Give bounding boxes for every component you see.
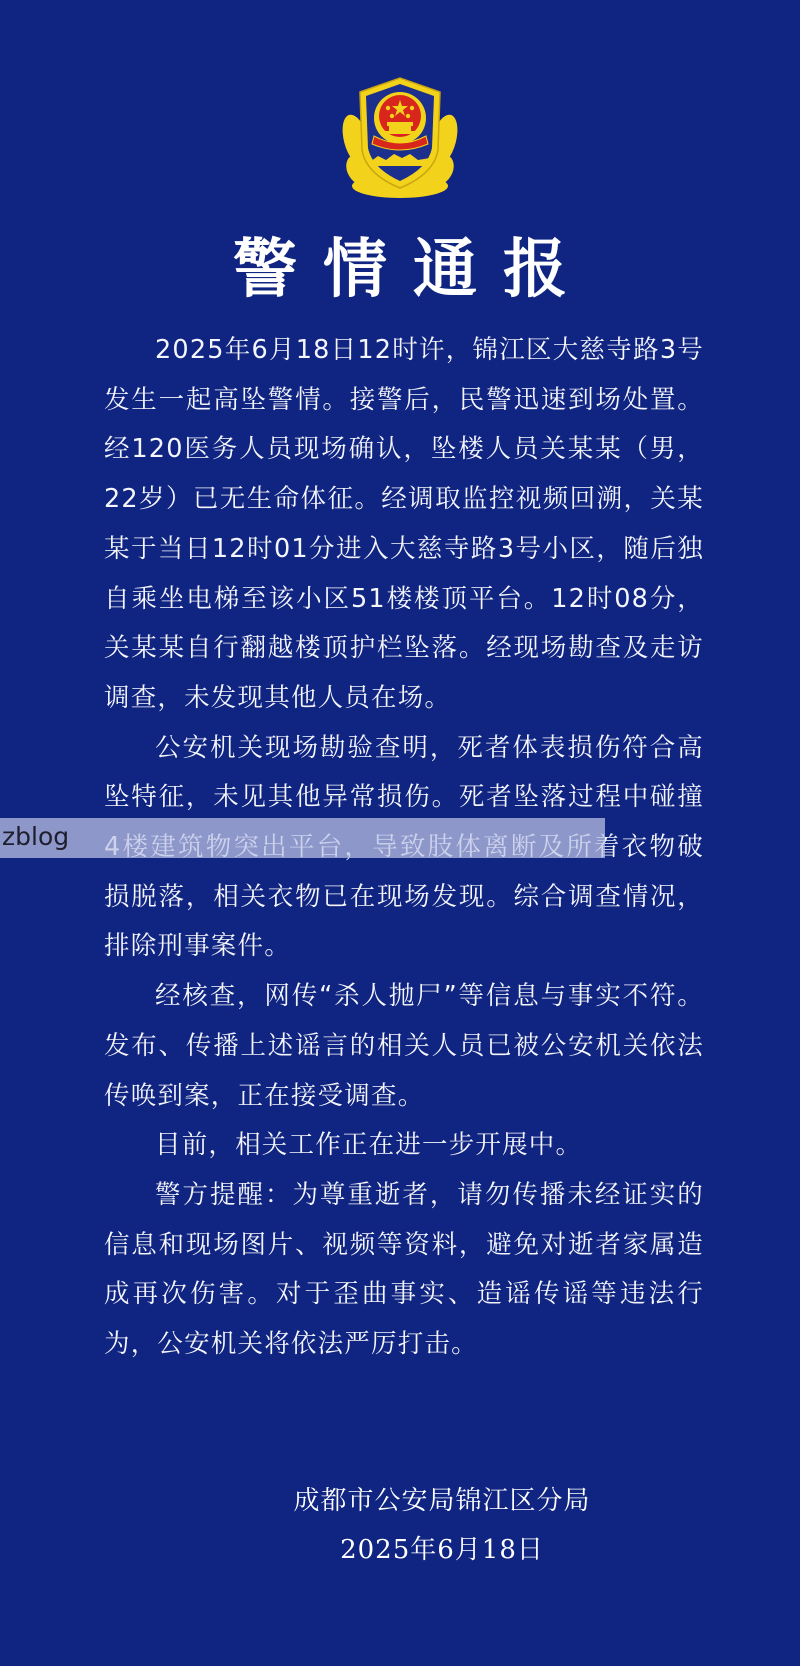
police-emblem-icon <box>338 70 462 200</box>
paragraph-status: 目前，相关工作正在进一步开展中。 <box>104 1121 704 1171</box>
paragraph-rumor: 经核查，网传“杀人抛尸”等信息与事实不符。发布、传播上述谣言的相关人员已被公安机… <box>104 972 704 1121</box>
paragraph-incident: 2025年6月18日12时许，锦江区大慈寺路3号发生一起高坠警情。接警后，民警迅… <box>104 326 704 724</box>
paragraph-reminder: 警方提醒：为尊重逝者，请勿传播未经证实的信息和现场图片、视频等资料，避免对逝者家… <box>104 1171 704 1370</box>
page-title: 警情通报 <box>0 225 800 315</box>
signature-organization: 成都市公安局锦江区分局 <box>0 1480 800 1517</box>
watermark-label: zblog <box>2 818 69 858</box>
watermark-band <box>0 818 605 858</box>
signature-date: 2025年6月18日 <box>0 1529 800 1566</box>
